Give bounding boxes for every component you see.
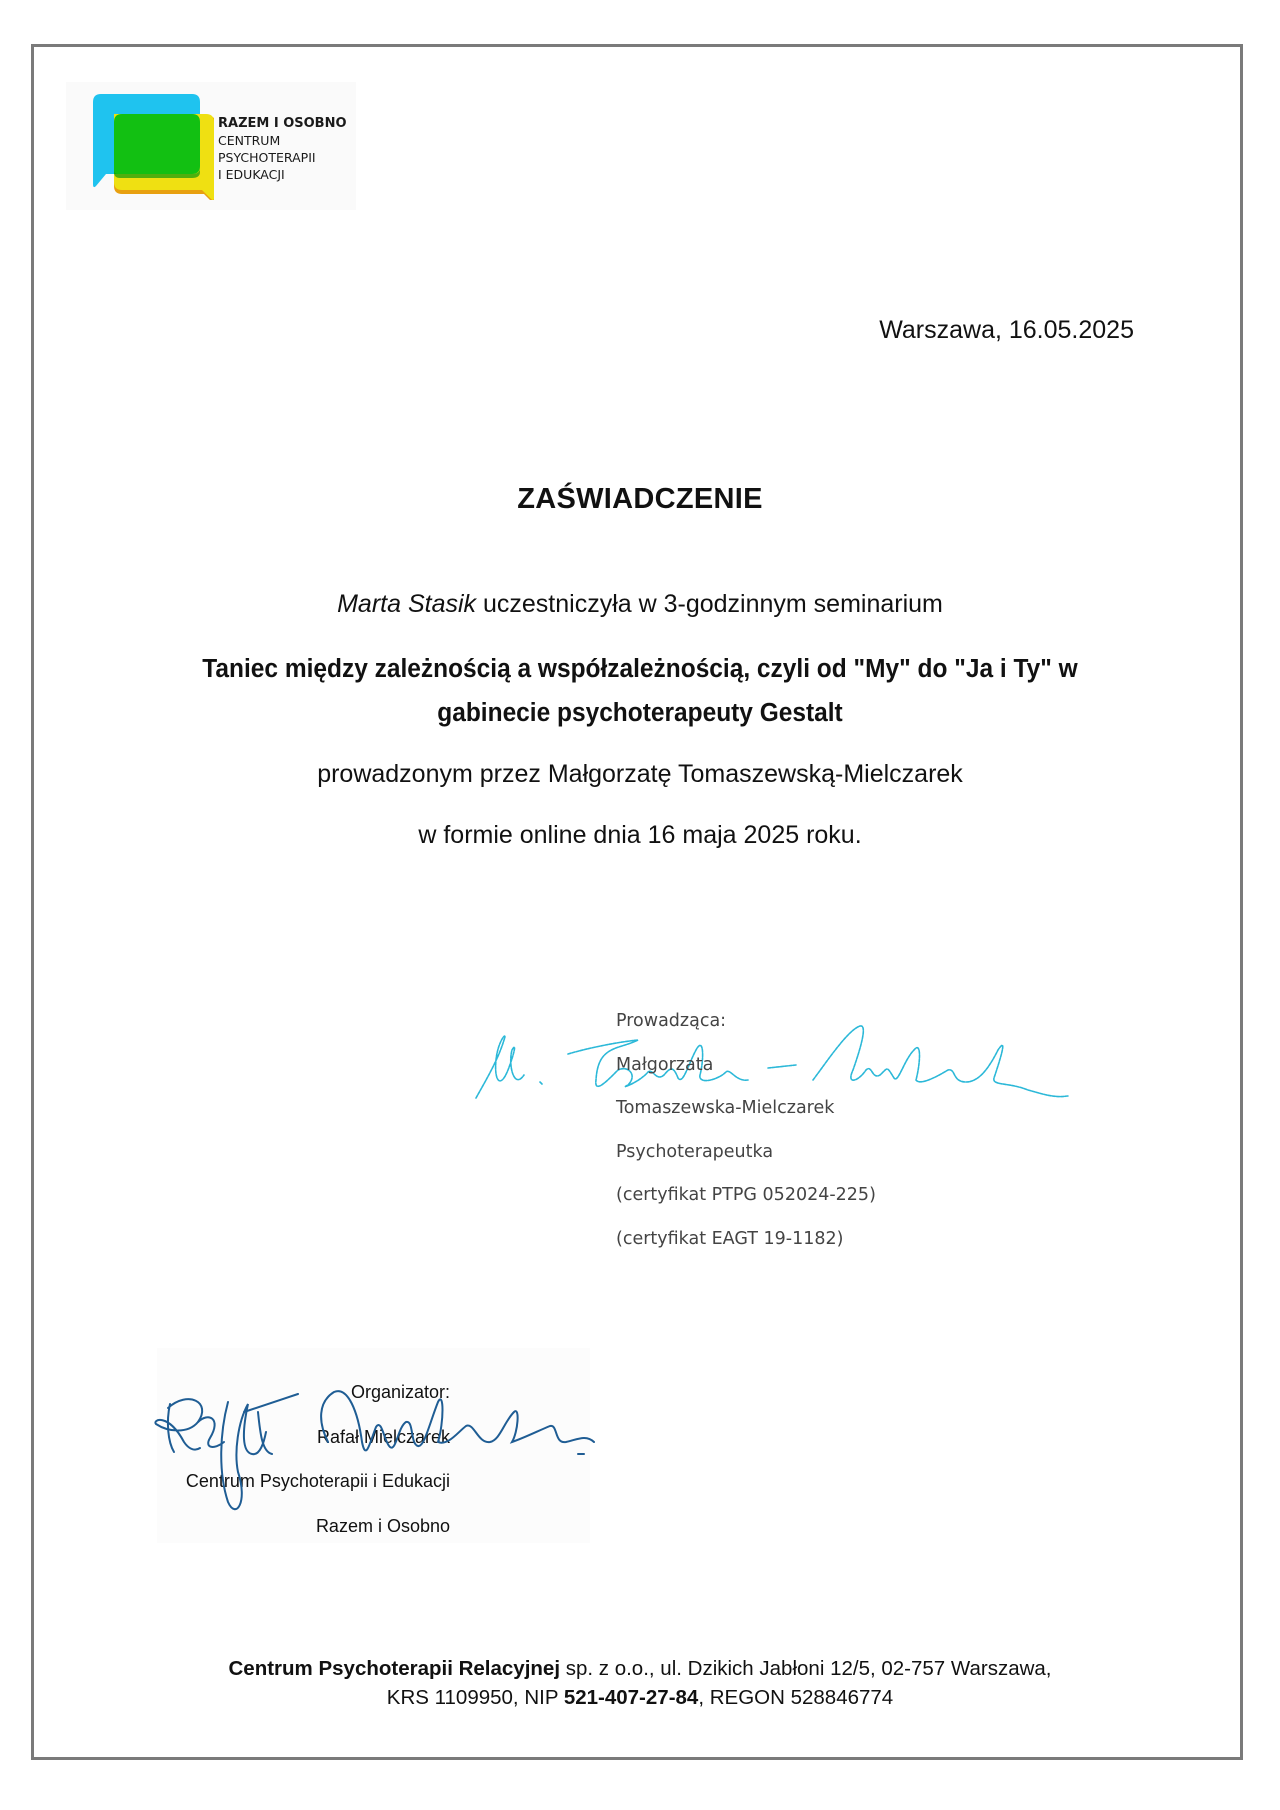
footer-company-name: Centrum Psychoterapii Relacyjnej <box>228 1657 560 1680</box>
footer-regon: , REGON 528846774 <box>698 1686 893 1709</box>
company-footer: Centrum Psychoterapii Relacyjnej sp. z o… <box>0 1654 1280 1712</box>
logo-title: RAZEM I OSOBNO <box>218 115 347 132</box>
footer-line-2: KRS 1109950, NIP 521-407-27-84, REGON 52… <box>0 1683 1280 1712</box>
footer-line-1: Centrum Psychoterapii Relacyjnej sp. z o… <box>0 1654 1280 1683</box>
leader-line: prowadzonym przez Małgorzatę Tomaszewską… <box>0 760 1280 789</box>
logo: RAZEM I OSOBNO CENTRUM PSYCHOTERAPII I E… <box>66 82 356 210</box>
leader-block: Prowadząca: Małgorzata Tomaszewska-Mielc… <box>616 1000 876 1261</box>
document-title: ZAŚWIADCZENIE <box>0 483 1280 516</box>
leader-role: Psychoterapeutka <box>616 1131 876 1175</box>
intro-line: Marta Stasik uczestniczyła w 3-godzinnym… <box>0 590 1280 619</box>
leader-cert-ptpg: (certyfikat PTPG 052024-225) <box>616 1174 876 1218</box>
footer-nip: 521-407-27-84 <box>564 1686 699 1709</box>
logo-subtitle-1: CENTRUM <box>218 132 347 149</box>
speech-bubbles-icon <box>84 90 214 200</box>
leader-last-name: Tomaszewska-Mielczarek <box>616 1087 876 1131</box>
place-and-date: Warszawa, 16.05.2025 <box>879 316 1134 345</box>
participant-name: Marta Stasik <box>337 590 476 618</box>
organizer-signature-icon <box>148 1382 598 1522</box>
date-line: w formie online dnia 16 maja 2025 roku. <box>0 821 1280 850</box>
seminar-title-line-2: gabinecie psychoterapeuty Gestalt <box>26 699 1255 728</box>
logo-subtitle-2: PSYCHOTERAPII <box>218 149 347 166</box>
leader-first-name: Małgorzata <box>616 1044 876 1088</box>
leader-cert-eagt: (certyfikat EAGT 19-1182) <box>616 1218 876 1262</box>
intro-text: uczestniczyła w 3-godzinnym seminarium <box>476 590 943 618</box>
footer-address: sp. z o.o., ul. Dzikich Jabłoni 12/5, 02… <box>560 1657 1051 1680</box>
leader-label: Prowadząca: <box>616 1000 876 1044</box>
seminar-title-line-1: Taniec między zależnością a współzależno… <box>26 655 1255 684</box>
logo-subtitle-3: I EDUKACJI <box>218 166 347 183</box>
footer-krs: KRS 1109950, NIP <box>387 1686 564 1709</box>
